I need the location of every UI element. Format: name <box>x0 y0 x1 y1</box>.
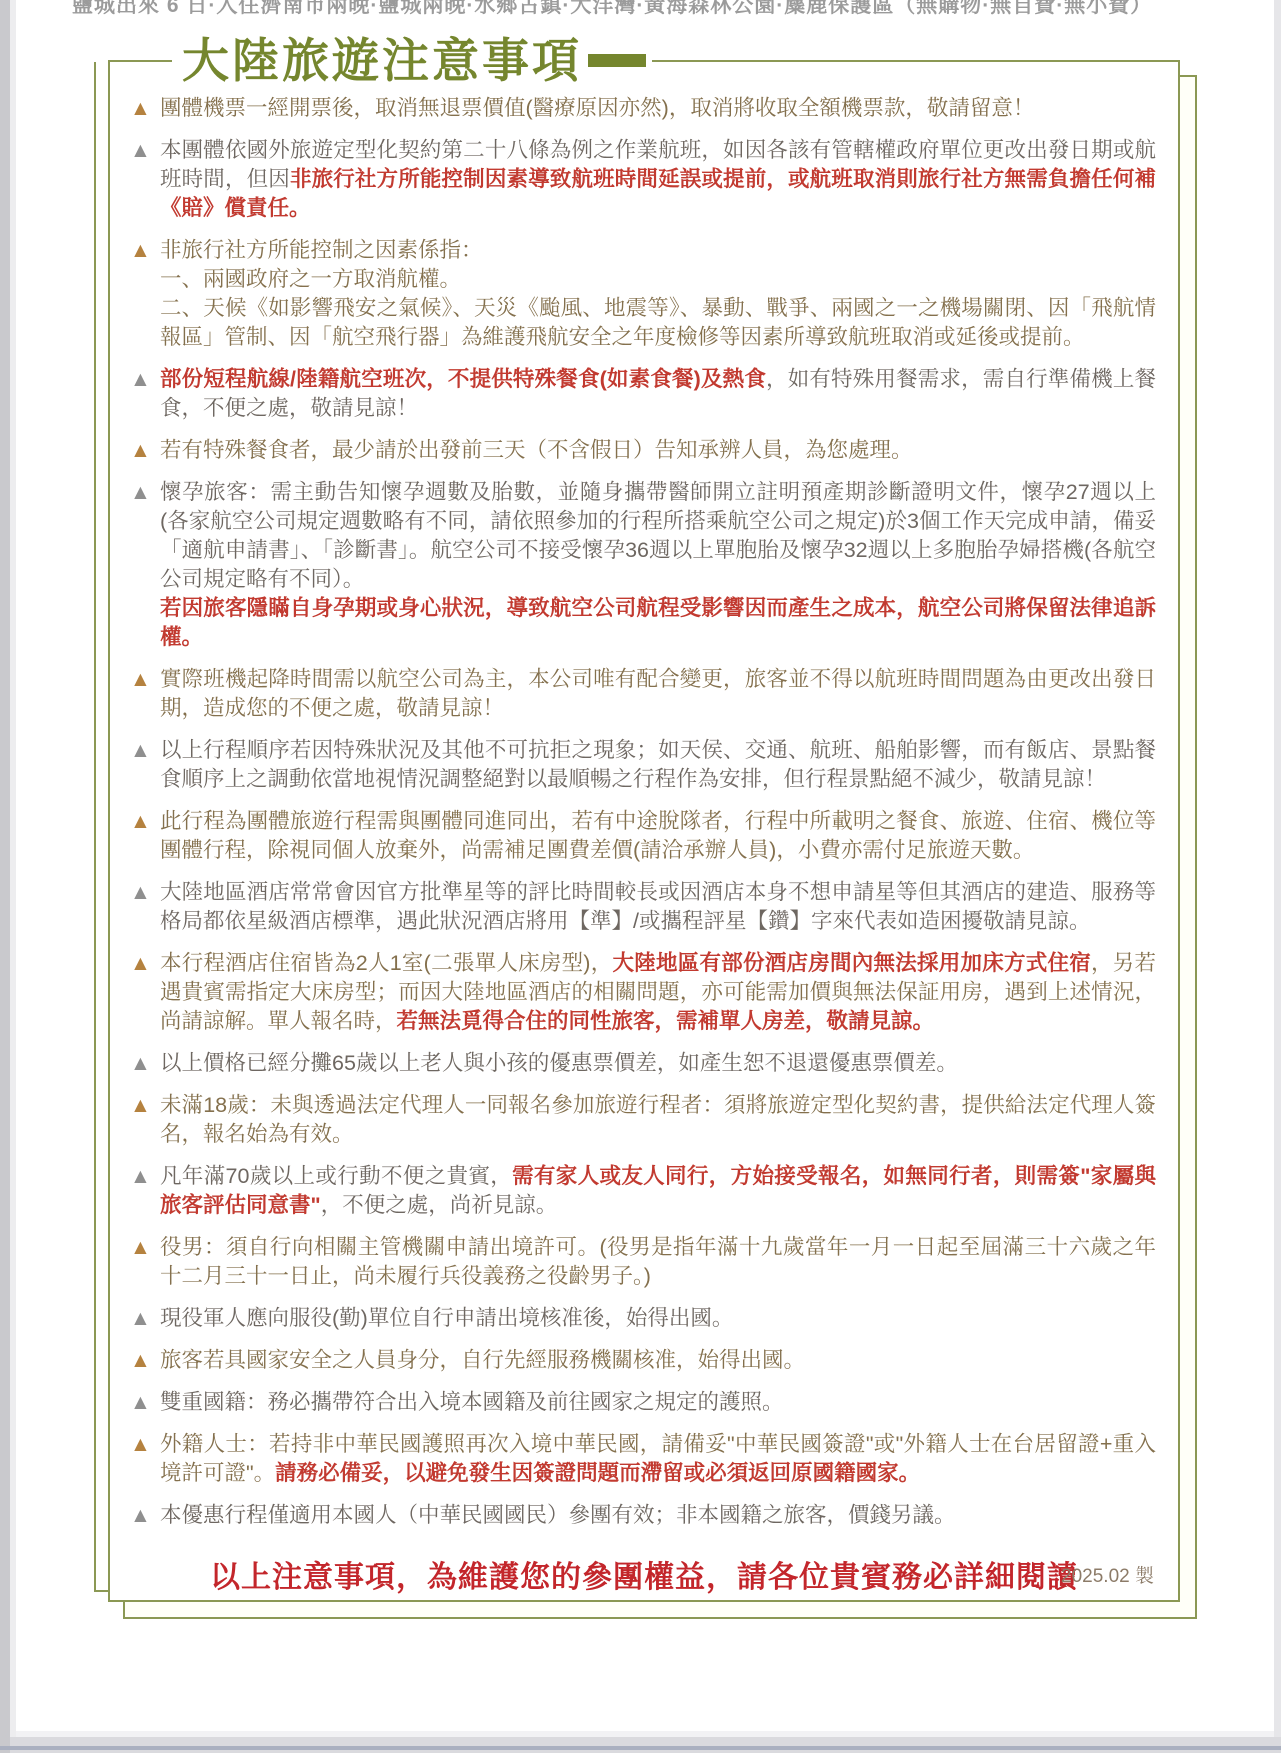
notice-segment-red: 部份短程航線/陸籍航空班次，不提供特殊餐食(如素食餐)及熱食 <box>160 367 766 391</box>
notice-item-text: 團體機票一經開票後，取消無退票價值(醫療原因亦然)，取消將收取全額機票款，敬請留… <box>160 94 1156 123</box>
notice-item: ▲ 實際班機起降時間需以航空公司為主，本公司唯有配合變更，旅客並不得以航班時間問… <box>130 665 1156 723</box>
notice-item-text: 現役軍人應向服役(勤)單位自行申請出境核准後，始得出國。 <box>160 1304 1156 1333</box>
notice-segment: 此行程為團體旅遊行程需與團體同進同出，若有中途脫隊者，行程中所載明之餐食、旅遊、… <box>160 809 1156 862</box>
notice-item-text: 大陸地區酒店常常會因官方批準星等的評比時間較長或因酒店本身不想申請星等但其酒店的… <box>160 878 1156 936</box>
clipped-itinerary-text: 鹽城出來 6 日·入住濟南市兩晚·鹽城兩晚·水鄉古鎮·大洋灣·黃海森林公園·麋鹿… <box>72 0 1257 15</box>
notice-item-text: 此行程為團體旅遊行程需與團體同進同出，若有中途脫隊者，行程中所載明之餐食、旅遊、… <box>160 807 1156 865</box>
notice-item: ▲ 旅客若具國家安全之人員身分，自行先經服務機關核准，始得出國。 <box>130 1346 1156 1375</box>
notice-segment: 二、天候《如影響飛安之氣候》、天災《颱風、地震等》、暴動、戰爭、兩國之一之機場關… <box>160 296 1156 349</box>
triangle-bullet-icon: ▲ <box>130 136 160 165</box>
footer-warning-text: 以上注意事項，為維護您的參團權益，請各位貴賓務必詳細閱讀 <box>210 1552 1078 1596</box>
notice-item-text: 本行程酒店住宿皆為2人1室(二張單人床房型)，大陸地區有部份酒店房間內無法採用加… <box>160 949 1156 1036</box>
triangle-bullet-icon: ▲ <box>130 1388 160 1417</box>
triangle-bullet-icon: ▲ <box>130 365 160 394</box>
notice-item-text: 非旅行社方所能控制之因素係指：一、兩國政府之一方取消航權。二、天候《如影響飛安之… <box>160 236 1156 352</box>
triangle-bullet-icon: ▲ <box>130 1091 160 1120</box>
notice-item: ▲ 以上行程順序若因特殊狀況及其他不可抗拒之現象；如天侯、交通、航班、船舶影響，… <box>130 736 1156 794</box>
notice-item: ▲ 懷孕旅客：需主動告知懷孕週數及胎數，並隨身攜帶醫師開立註明預產期診斷證明文件… <box>130 478 1156 652</box>
triangle-bullet-icon: ▲ <box>130 1430 160 1459</box>
notice-item: ▲ 大陸地區酒店常常會因官方批準星等的評比時間較長或因酒店本身不想申請星等但其酒… <box>130 878 1156 936</box>
notice-item-text: 雙重國籍：務必攜帶符合出入境本國籍及前往國家之規定的護照。 <box>160 1388 1156 1417</box>
notice-title: 大陸旅遊注意事項 <box>172 28 652 94</box>
footer-date: 2025.02 製 <box>1061 1561 1154 1588</box>
notice-box: 大陸旅遊注意事項 ▲ 團體機票一經開票後，取消無退票價值(醫療原因亦然)，取消將… <box>108 60 1180 1602</box>
notice-segment: ，不便之處，尚祈見諒。 <box>321 1193 558 1217</box>
notice-item: ▲ 以上價格已經分攤65歲以上老人與小孩的優惠票價差，如產生恕不退還優惠票價差。 <box>130 1049 1156 1078</box>
notice-item: ▲ 役男：須自行向相關主管機關申請出境許可。(役男是指年滿十九歲當年一月一日起至… <box>130 1233 1156 1291</box>
triangle-bullet-icon: ▲ <box>130 665 160 694</box>
notice-footer: 以上注意事項，為維護您的參團權益，請各位貴賓務必詳細閱讀 2025.02 製 <box>110 1548 1178 1600</box>
notice-item-text: 凡年滿70歲以上或行動不便之貴賓，需有家人或友人同行，方始接受報名，如無同行者，… <box>160 1162 1156 1220</box>
title-dash-bar <box>588 54 646 67</box>
notice-item: ▲ 團體機票一經開票後，取消無退票價值(醫療原因亦然)，取消將收取全額機票款，敬… <box>130 94 1156 123</box>
triangle-bullet-icon: ▲ <box>130 736 160 765</box>
notice-item-text: 以上行程順序若因特殊狀況及其他不可抗拒之現象；如天侯、交通、航班、船舶影響，而有… <box>160 736 1156 794</box>
notice-segment: 非旅行社方所能控制之因素係指： <box>160 238 483 262</box>
page-left-edge-inner <box>10 0 16 1753</box>
notice-segment: 懷孕旅客：需主動告知懷孕週數及胎數，並隨身攜帶醫師開立註明預產期診斷證明文件，懷… <box>160 480 1156 591</box>
notice-segment: 本行程酒店住宿皆為2人1室(二張單人床房型)， <box>160 951 612 975</box>
notice-item: ▲ 本行程酒店住宿皆為2人1室(二張單人床房型)，大陸地區有部份酒店房間內無法採… <box>130 949 1156 1036</box>
notice-item: ▲ 現役軍人應向服役(勤)單位自行申請出境核准後，始得出國。 <box>130 1304 1156 1333</box>
triangle-bullet-icon: ▲ <box>130 807 160 836</box>
triangle-bullet-icon: ▲ <box>130 1304 160 1333</box>
notice-segment: 若有特殊餐食者，最少請於出發前三天（不含假日）告知承辨人員，為您處理。 <box>160 438 913 462</box>
notice-item-text: 若有特殊餐食者，最少請於出發前三天（不含假日）告知承辨人員，為您處理。 <box>160 436 1156 465</box>
notice-item: ▲ 非旅行社方所能控制之因素係指：一、兩國政府之一方取消航權。二、天候《如影響飛… <box>130 236 1156 352</box>
notice-segment: 凡年滿70歲以上或行動不便之貴賓， <box>160 1164 512 1188</box>
notice-segment: 本優惠行程僅適用本國人（中華民國國民）參團有效；非本國籍之旅客，價錢另議。 <box>160 1503 956 1527</box>
notice-item-text: 懷孕旅客：需主動告知懷孕週數及胎數，並隨身攜帶醫師開立註明預產期診斷證明文件，懷… <box>160 478 1156 652</box>
clipped-itinerary-line: 鹽城出來 6 日·入住濟南市兩晚·鹽城兩晚·水鄉古鎮·大洋灣·黃海森林公園·麋鹿… <box>72 0 1257 15</box>
page-left-edge <box>0 0 10 1753</box>
page-bottom-bar <box>0 1746 1281 1750</box>
notice-title-text: 大陸旅遊注意事項 <box>182 28 582 94</box>
notice-item: ▲ 雙重國籍：務必攜帶符合出入境本國籍及前往國家之規定的護照。 <box>130 1388 1156 1417</box>
triangle-bullet-icon: ▲ <box>130 1346 160 1375</box>
triangle-bullet-icon: ▲ <box>130 236 160 265</box>
triangle-bullet-icon: ▲ <box>130 94 160 123</box>
triangle-bullet-icon: ▲ <box>130 436 160 465</box>
page-bottom-band <box>10 1737 1281 1753</box>
notice-segment: 以上行程順序若因特殊狀況及其他不可抗拒之現象；如天侯、交通、航班、船舶影響，而有… <box>160 738 1156 791</box>
notice-item-text: 役男：須自行向相關主管機關申請出境許可。(役男是指年滿十九歲當年一月一日起至屆滿… <box>160 1233 1156 1291</box>
notice-item-text: 未滿18歲：未與透過法定代理人一同報名參加旅遊行程者：須將旅遊定型化契約書，提供… <box>160 1091 1156 1149</box>
notice-segment: 一、兩國政府之一方取消航權。 <box>160 267 461 291</box>
notice-segment-red: 若無法覓得合住的同性旅客，需補單人房差，敬請見諒。 <box>397 1009 935 1033</box>
notice-segment-red: 大陸地區有部份酒店房間內無法採用加床方式住宿 <box>612 951 1091 975</box>
triangle-bullet-icon: ▲ <box>130 1501 160 1530</box>
notice-segment: 旅客若具國家安全之人員身分，自行先經服務機關核准，始得出國。 <box>160 1348 805 1372</box>
notice-segment: 雙重國籍：務必攜帶符合出入境本國籍及前往國家之規定的護照。 <box>160 1390 784 1414</box>
notice-item-text: 以上價格已經分攤65歲以上老人與小孩的優惠票價差，如產生恕不退還優惠票價差。 <box>160 1049 1156 1078</box>
page-right-edge <box>1274 0 1281 1753</box>
notice-item: ▲ 外籍人士：若持非中華民國護照再次入境中華民國，請備妥"中華民國簽證"或"外籍… <box>130 1430 1156 1488</box>
notice-segment-red: 非旅行社方所能控制因素導致航班時間延誤或提前，或航班取消則旅行社方無需負擔任何補… <box>160 167 1156 220</box>
notice-segment: 未滿18歲：未與透過法定代理人一同報名參加旅遊行程者：須將旅遊定型化契約書，提供… <box>160 1093 1156 1146</box>
notice-item-text: 實際班機起降時間需以航空公司為主，本公司唯有配合變更，旅客並不得以航班時間問題為… <box>160 665 1156 723</box>
notice-segment: 實際班機起降時間需以航空公司為主，本公司唯有配合變更，旅客並不得以航班時間問題為… <box>160 667 1156 720</box>
triangle-bullet-icon: ▲ <box>130 1233 160 1262</box>
notice-segment: 大陸地區酒店常常會因官方批準星等的評比時間較長或因酒店本身不想申請星等但其酒店的… <box>160 880 1156 933</box>
notice-segment: 團體機票一經開票後，取消無退票價值(醫療原因亦然)，取消將收取全額機票款，敬請留… <box>160 96 1034 120</box>
notice-segment: 役男：須自行向相關主管機關申請出境許可。(役男是指年滿十九歲當年一月一日起至屆滿… <box>160 1235 1156 1288</box>
triangle-bullet-icon: ▲ <box>130 1162 160 1191</box>
notice-item: ▲ 未滿18歲：未與透過法定代理人一同報名參加旅遊行程者：須將旅遊定型化契約書，… <box>130 1091 1156 1149</box>
triangle-bullet-icon: ▲ <box>130 1049 160 1078</box>
notice-item: ▲ 本優惠行程僅適用本國人（中華民國國民）參團有效；非本國籍之旅客，價錢另議。 <box>130 1501 1156 1530</box>
notice-item: ▲ 本團體依國外旅遊定型化契約第二十八條為例之作業航班，如因各該有管轄權政府單位… <box>130 136 1156 223</box>
notice-segment-red: 請務必備妥，以避免發生因簽證問題而滯留或必須返回原國籍國家。 <box>275 1461 920 1485</box>
notice-item-text: 部份短程航線/陸籍航空班次，不提供特殊餐食(如素食餐)及熱食，如有特殊用餐需求，… <box>160 365 1156 423</box>
notice-list: ▲ 團體機票一經開票後，取消無退票價值(醫療原因亦然)，取消將收取全額機票款，敬… <box>110 62 1178 1548</box>
notice-item-text: 本優惠行程僅適用本國人（中華民國國民）參團有效；非本國籍之旅客，價錢另議。 <box>160 1501 1156 1530</box>
notice-segment: 現役軍人應向服役(勤)單位自行申請出境核准後，始得出國。 <box>160 1306 733 1330</box>
triangle-bullet-icon: ▲ <box>130 878 160 907</box>
notice-item: ▲ 部份短程航線/陸籍航空班次，不提供特殊餐食(如素食餐)及熱食，如有特殊用餐需… <box>130 365 1156 423</box>
notice-item: ▲ 凡年滿70歲以上或行動不便之貴賓，需有家人或友人同行，方始接受報名，如無同行… <box>130 1162 1156 1220</box>
triangle-bullet-icon: ▲ <box>130 949 160 978</box>
notice-item-text: 本團體依國外旅遊定型化契約第二十八條為例之作業航班，如因各該有管轄權政府單位更改… <box>160 136 1156 223</box>
notice-item-text: 旅客若具國家安全之人員身分，自行先經服務機關核准，始得出國。 <box>160 1346 1156 1375</box>
notice-item: ▲ 此行程為團體旅遊行程需與團體同進同出，若有中途脫隊者，行程中所載明之餐食、旅… <box>130 807 1156 865</box>
triangle-bullet-icon: ▲ <box>130 478 160 507</box>
notice-item-text: 外籍人士：若持非中華民國護照再次入境中華民國，請備妥"中華民國簽證"或"外籍人士… <box>160 1430 1156 1488</box>
notice-segment: 以上價格已經分攤65歲以上老人與小孩的優惠票價差，如產生恕不退還優惠票價差。 <box>160 1051 958 1075</box>
notice-segment-red: 若因旅客隱瞞自身孕期或身心狀況，導致航空公司航程受影響因而產生之成本，航空公司將… <box>160 596 1156 649</box>
notice-item: ▲ 若有特殊餐食者，最少請於出發前三天（不含假日）告知承辨人員，為您處理。 <box>130 436 1156 465</box>
